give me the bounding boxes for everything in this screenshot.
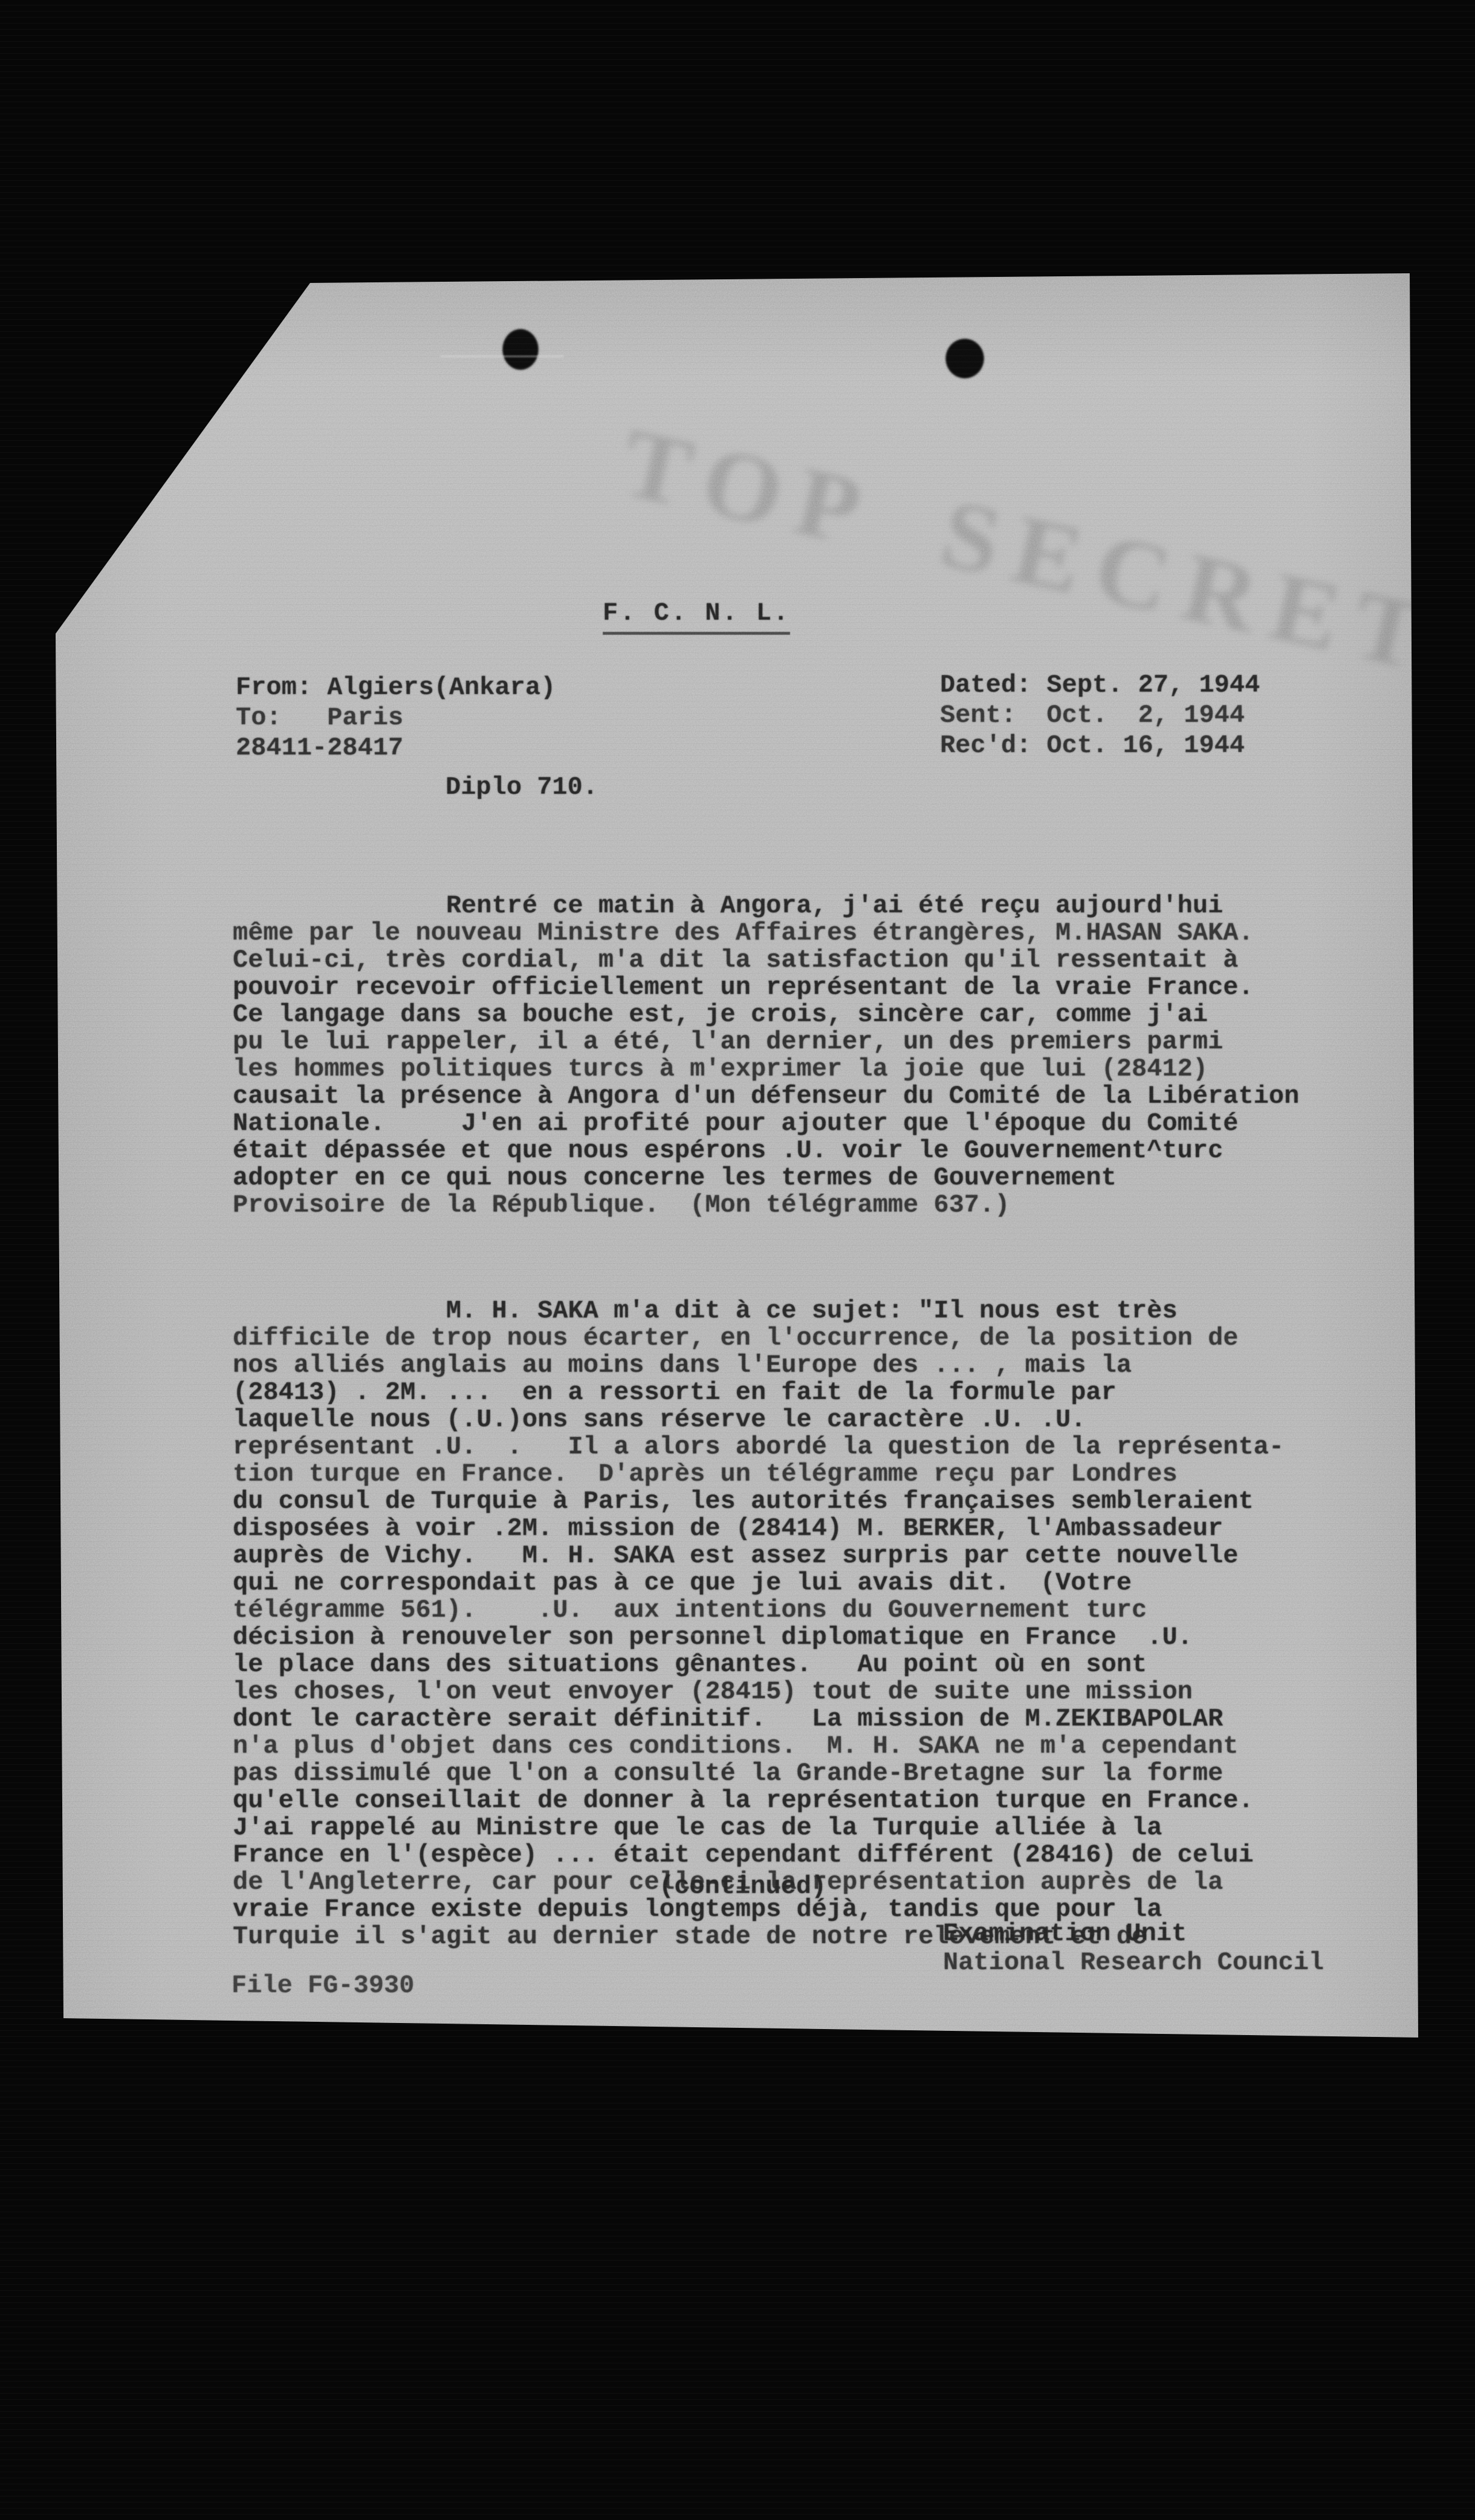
typewritten-line: Dated: Sept. 27, 1944	[940, 670, 1260, 700]
typewritten-line: Rentré ce matin à Angora, j'ai été reçu …	[233, 892, 1299, 920]
typewritten-line: du consul de Turquie à Paris, les autori…	[233, 1488, 1299, 1515]
paragraph-1: Rentré ce matin à Angora, j'ai été reçu …	[233, 892, 1299, 1219]
typewritten-line: télégramme 561). .U. aux intentions du G…	[233, 1597, 1299, 1624]
typewritten-line: tion turque en France. D'après un télégr…	[233, 1461, 1299, 1488]
typewritten-line: To: Paris	[236, 703, 556, 733]
typewritten-line: National Research Council	[943, 1948, 1324, 1977]
routing-from-block: From: Algiers(Ankara)To: Paris28411-2841…	[236, 672, 556, 763]
typewritten-line: pas dissimulé que l'on a consulté la Gra…	[233, 1760, 1299, 1787]
typewritten-line: disposées à voir .2M. mission de (28414)…	[233, 1515, 1299, 1542]
org-header: F. C. N. L.	[603, 600, 790, 627]
punch-hole-left	[502, 329, 539, 370]
typewritten-line: auprès de Vichy. M. H. SAKA est assez su…	[233, 1542, 1299, 1570]
typewritten-line: Nationale. J'en ai profité pour ajouter …	[233, 1110, 1299, 1137]
typewritten-line: laquelle nous (.U.)ons sans réserve le c…	[233, 1406, 1299, 1434]
scratch-line	[91, 380, 230, 383]
typewritten-line: représentant .U. . Il a alors abordé la …	[233, 1434, 1299, 1461]
typewritten-line: adopter en ce qui nous concerne les term…	[233, 1164, 1299, 1192]
typewritten-line: décision à renouveler son personnel dipl…	[233, 1624, 1299, 1651]
scratch-line	[666, 1634, 763, 1635]
typewritten-line: le place dans des situations gênantes. A…	[233, 1651, 1299, 1678]
typewritten-line: Ce langage dans sa bouche est, je crois,…	[233, 1001, 1299, 1028]
typewritten-line: difficile de trop nous écarter, en l'occ…	[233, 1325, 1299, 1352]
document-page: TOP SECRET F. C. N. L. From: Algiers(Ank…	[56, 273, 1418, 2038]
typewritten-line: J'ai rappelé au Ministre que le cas de l…	[233, 1814, 1299, 1842]
typewritten-line: qui ne correspondait pas à ce que je lui…	[233, 1570, 1299, 1597]
typewritten-line: pu le lui rappeler, il a été, l'an derni…	[233, 1028, 1299, 1056]
paragraph-2: M. H. SAKA m'a dit à ce sujet: "Il nous …	[233, 1297, 1299, 1950]
typewritten-line: les hommes politiques turcs à m'exprimer…	[233, 1056, 1299, 1083]
typewritten-line: (28413) . 2M. ... en a ressorti en fait …	[233, 1379, 1299, 1406]
top-secret-stamp: TOP SECRET	[612, 406, 1449, 697]
typewritten-line: M. H. SAKA m'a dit à ce sujet: "Il nous …	[233, 1297, 1299, 1325]
typewritten-line: 28411-28417	[236, 733, 556, 763]
typewritten-line: Examination Unit	[943, 1919, 1324, 1948]
file-number: File FG-3930	[232, 1972, 414, 1999]
typewritten-line: Provisoire de la République. (Mon télégr…	[233, 1192, 1299, 1219]
typewritten-line: qu'elle conseillait de donner à la repré…	[233, 1787, 1299, 1814]
typewritten-line: même par le nouveau Ministre des Affaire…	[233, 920, 1299, 947]
punch-hole-right	[945, 339, 984, 378]
scratch-line	[440, 356, 564, 357]
typewritten-line: pouvoir recevoir officiellement un repré…	[233, 974, 1299, 1001]
typewritten-line: From: Algiers(Ankara)	[236, 672, 556, 703]
typewritten-line: nos alliés anglais au moins dans l'Europ…	[233, 1352, 1299, 1379]
message-body: Rentré ce matin à Angora, j'ai été reçu …	[233, 838, 1299, 2005]
typewritten-line: Sent: Oct. 2, 1944	[940, 700, 1260, 730]
typewritten-line: France en l'(espèce) ... était cependant…	[233, 1842, 1299, 1869]
subject-line: Diplo 710.	[446, 774, 598, 801]
signature-block: Examination UnitNational Research Counci…	[943, 1919, 1324, 1977]
typewritten-line: était dépassée et que nous espérons .U. …	[233, 1137, 1299, 1164]
typewritten-line: Rec'd: Oct. 16, 1944	[940, 730, 1260, 761]
typewritten-line: dont le caractère serait définitif. La m…	[233, 1706, 1299, 1733]
typewritten-line: les choses, l'on veut envoyer (28415) to…	[233, 1678, 1299, 1706]
routing-dates-block: Dated: Sept. 27, 1944Sent: Oct. 2, 1944R…	[940, 670, 1260, 761]
org-header-text: F. C. N. L.	[603, 599, 790, 635]
typewritten-line: Celui-ci, très cordial, m'a dit la satis…	[233, 947, 1299, 974]
scanner-background: TOP SECRET F. C. N. L. From: Algiers(Ank…	[0, 0, 1475, 2520]
continued-note: (continued)	[659, 1873, 826, 1900]
typewritten-line: n'a plus d'objet dans ces conditions. M.…	[233, 1733, 1299, 1760]
typewritten-line: causait la présence à Angora d'un défens…	[233, 1083, 1299, 1110]
